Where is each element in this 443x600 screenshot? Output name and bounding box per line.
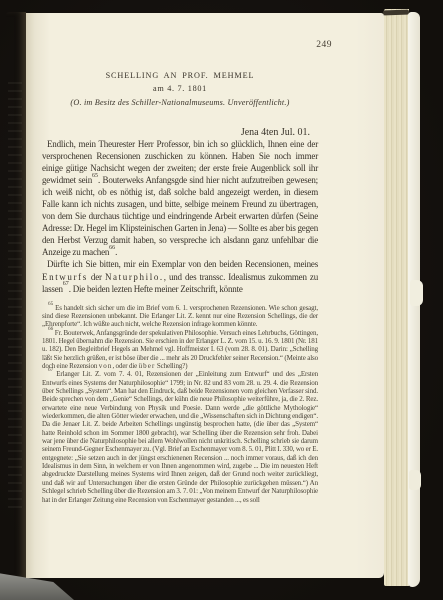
letter-paragraph-2: Dürfte ich Sie bitten, mir ein Exemplar … bbox=[42, 258, 318, 294]
letter-paragraph-1: Endlich, mein Theurester Herr Professor,… bbox=[42, 138, 318, 258]
cover-edge-chip bbox=[410, 280, 423, 306]
book-scan-background: 249 SCHELLING AN PROF. MEHMEL am 4. 7. 1… bbox=[0, 0, 443, 600]
cover-edge-chip bbox=[409, 470, 421, 490]
letterspaced-word: von bbox=[99, 362, 113, 370]
footnote-66: 66 Fr. Bouterwek, Anfangsgründe der spek… bbox=[42, 329, 318, 371]
paragraph-text: der bbox=[88, 272, 105, 282]
letter-date-heading: am 4. 7. 1801 bbox=[42, 84, 318, 93]
letter-source-note: (O. im Besitz des Schiller-Nationalmuseu… bbox=[42, 98, 318, 107]
footnote-65: 65 Es handelt sich sicher um die im Brie… bbox=[42, 304, 318, 329]
footnote-text: Erlanger Lit. Z. vom 7. 4. 01, Rezension… bbox=[42, 370, 318, 503]
footnote-ref-66: 66 bbox=[109, 245, 115, 251]
footnote-text: , oder die bbox=[113, 362, 139, 370]
footnote-text: Schelling?) bbox=[155, 362, 187, 370]
paragraph-text: . Bouterweks Anfangsgde sind hier nicht … bbox=[42, 175, 318, 257]
page-number: 249 bbox=[42, 40, 332, 50]
footnote-text: Es handelt sich sicher um die im Brief v… bbox=[42, 304, 318, 329]
footnote-ref-65: 65 bbox=[92, 173, 98, 179]
ghost-text-lines bbox=[8, 82, 22, 508]
paragraph-text: Dürfte ich Sie bitten, mir ein Exemplar … bbox=[47, 259, 318, 269]
letter-title: SCHELLING AN PROF. MEHMEL bbox=[42, 71, 318, 80]
letter-heading-block: SCHELLING AN PROF. MEHMEL am 4. 7. 1801 … bbox=[42, 71, 318, 107]
fore-edge-top-shadow bbox=[383, 10, 409, 16]
book-page: 249 SCHELLING AN PROF. MEHMEL am 4. 7. 1… bbox=[26, 13, 384, 578]
footnote-67: 67 Erlanger Lit. Z. vom 7. 4. 01, Rezens… bbox=[42, 370, 318, 504]
text-column: Endlich, mein Theurester Herr Professor,… bbox=[42, 138, 318, 504]
footnotes-block: 65 Es handelt sich sicher um die im Brie… bbox=[42, 304, 318, 504]
paragraph-text: . Die beiden lezten Hefte meiner Zeitsch… bbox=[69, 284, 243, 294]
book-fore-edge bbox=[384, 9, 409, 586]
letter-dateline: Jena 4ten Jul. 01. bbox=[42, 127, 310, 138]
footnote-number: 67 bbox=[48, 367, 53, 373]
letter-body: Endlich, mein Theurester Herr Professor,… bbox=[42, 138, 318, 295]
letterspaced-word: über bbox=[139, 362, 156, 370]
paragraph-text: . bbox=[115, 247, 117, 257]
footnote-number: 65 bbox=[48, 301, 53, 307]
facing-page-edge bbox=[6, 12, 26, 578]
footnote-number: 66 bbox=[48, 326, 53, 332]
footnote-ref-67: 67 bbox=[63, 281, 69, 287]
letterspaced-word: Naturphilo. bbox=[105, 272, 164, 282]
